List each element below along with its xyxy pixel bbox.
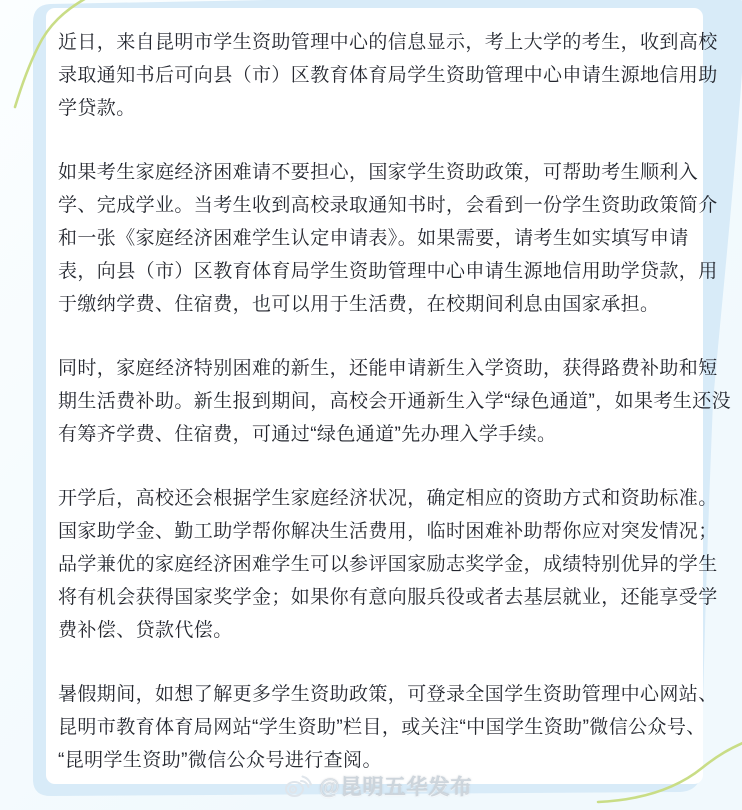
text-line: 如果考生家庭经济困难请不要担心，国家学生资助政策，可帮助考生顺利入 [58,156,699,189]
text-line: 期生活费补助。新生报到期间，高校会开通新生入学“绿色通道”，如果考生还没 [58,385,699,418]
text-line: 表，向县（市）区教育体育局学生资助管理中心申请生源地信用助学贷款，用 [58,255,699,288]
text-line: 开学后，高校还会根据学生家庭经济状况，确定相应的资助方式和资助标准。 [58,482,699,515]
text-line: 录取通知书后可向县（市）区教育体育局学生资助管理中心申请生源地信用助 [58,59,699,92]
text-line: 和一张《家庭经济困难学生认定申请表》。如果需要，请考生如实填写申请 [58,222,699,255]
text-line: 品学兼优的家庭经济困难学生可以参评国家励志奖学金，成绩特别优异的学生 [58,548,699,581]
text-line: 昆明市教育体育局网站“学生资助”栏目，或关注“中国学生资助”微信公众号、 [58,711,699,744]
watermark-handle: @昆明五华发布 [319,771,472,801]
article-card: 近日，来自昆明市学生资助管理中心的信息显示，考上大学的考生，收到高校 录取通知书… [46,8,703,784]
text-line: 暑假期间，如想了解更多学生资助政策，可登录全国学生资助管理中心网站、 [58,678,699,711]
text-line: 同时，家庭经济特别困难的新生，还能申请新生入学资助，获得路费补助和短 [58,352,699,385]
text-line: 近日，来自昆明市学生资助管理中心的信息显示，考上大学的考生，收到高校 [58,26,699,59]
text-line: 有筹齐学费、住宿费，可通过“绿色通道”先办理入学手续。 [58,418,699,451]
weibo-icon [284,774,312,798]
watermark: @昆明五华发布 [284,771,472,801]
text-line: 学贷款。 [58,92,699,125]
paragraph-3: 同时，家庭经济特别困难的新生，还能申请新生入学资助，获得路费补助和短 期生活费补… [58,352,699,451]
text-line: 于缴纳学费、住宿费，也可以用于生活费，在校期间利息由国家承担。 [58,288,699,321]
paragraph-1: 近日，来自昆明市学生资助管理中心的信息显示，考上大学的考生，收到高校 录取通知书… [58,26,699,125]
text-line: 国家助学金、勤工助学帮你解决生活费用，临时困难补助帮你应对突发情况； [58,515,699,548]
paragraph-5: 暑假期间，如想了解更多学生资助政策，可登录全国学生资助管理中心网站、 昆明市教育… [58,678,699,777]
text-line: 将有机会获得国家奖学金；如果你有意向服兵役或者去基层就业，还能享受学 [58,581,699,614]
text-line: 学、完成学业。当考生收到高校录取通知书时，会看到一份学生资助政策简介 [58,189,699,222]
text-line: 费补偿、贷款代偿。 [58,614,699,647]
paragraph-2: 如果考生家庭经济困难请不要担心，国家学生资助政策，可帮助考生顺利入 学、完成学业… [58,156,699,321]
paragraph-4: 开学后，高校还会根据学生家庭经济状况，确定相应的资助方式和资助标准。 国家助学金… [58,482,699,647]
